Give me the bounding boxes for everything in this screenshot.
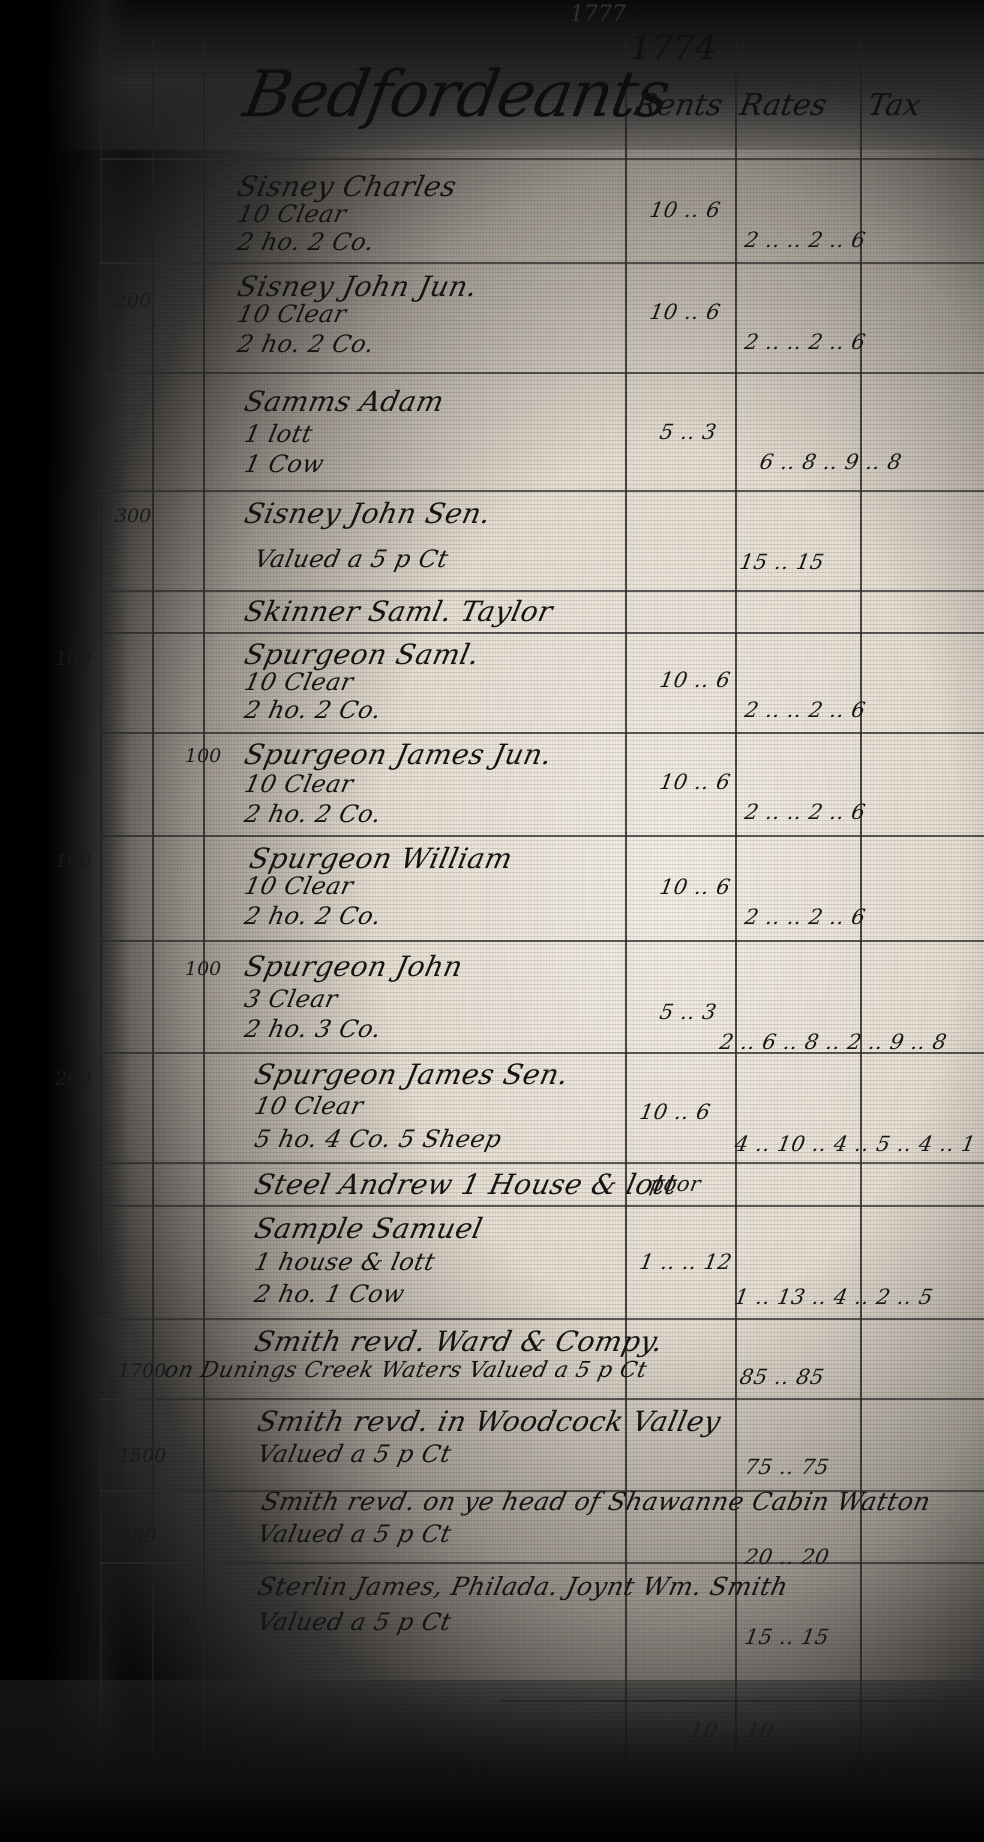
row-name: Steel Andrew 1 House & lott bbox=[251, 1168, 680, 1201]
row-rule bbox=[100, 1318, 984, 1320]
row-amount: 10 .. 6 bbox=[658, 668, 733, 692]
row-line: 1 house & lott bbox=[252, 1248, 438, 1276]
row-rule bbox=[100, 372, 984, 374]
row-line: 2 ho. 3 Co. bbox=[242, 1015, 384, 1043]
row-acres: 300 bbox=[115, 505, 151, 527]
row-amount: poor bbox=[648, 1172, 703, 1196]
row-acres: 400 bbox=[120, 1525, 156, 1547]
header-rule bbox=[100, 158, 984, 160]
row-line: 10 Clear bbox=[242, 668, 356, 696]
row-amount: 10 .. 6 bbox=[658, 770, 733, 794]
row-acres: 200 bbox=[115, 290, 151, 312]
row-line: Valued a 5 p Ct bbox=[255, 1440, 454, 1468]
row-acres: 1700 bbox=[118, 1360, 166, 1382]
row-amount: 4 .. 10 .. 4 .. 5 .. 4 .. 1 bbox=[733, 1132, 978, 1156]
row-amount: 15 .. 15 bbox=[738, 550, 826, 574]
column-header-tax: Tax bbox=[865, 88, 924, 123]
row-rule bbox=[100, 1398, 984, 1400]
row-line: 10 Clear bbox=[235, 200, 349, 228]
row-name: Smith revd. in Woodcock Valley bbox=[254, 1405, 724, 1438]
row-amount: 85 .. 85 bbox=[738, 1365, 826, 1389]
row-rule bbox=[100, 1162, 984, 1164]
scan-shadow-left bbox=[0, 0, 130, 1842]
row-amount: 5 .. 3 bbox=[658, 420, 719, 444]
row-amount: 2 .. .. 2 .. 6 bbox=[743, 698, 868, 722]
row-acres: 200 bbox=[115, 183, 151, 205]
row-amount: 75 .. 75 bbox=[743, 1455, 831, 1479]
row-amount: 10 .. 6 bbox=[638, 1100, 713, 1124]
row-rule bbox=[100, 835, 984, 837]
row-name: Spurgeon John bbox=[241, 950, 465, 983]
row-rule bbox=[100, 940, 984, 942]
row-line: 10 Clear bbox=[242, 770, 356, 798]
row-line: Valued a 5 p Ct bbox=[255, 1608, 454, 1636]
row-rule bbox=[100, 490, 984, 492]
row-amount: 15 .. 15 bbox=[743, 1625, 831, 1649]
row-amount: 2 .. .. 2 .. 6 bbox=[743, 228, 868, 252]
ledger-page: 1777 1774 Bedfordeants Rents Rates Tax 2… bbox=[0, 0, 984, 1842]
row-name: Sample Samuel bbox=[251, 1212, 485, 1245]
row-rule bbox=[100, 1205, 984, 1207]
row-name: Sisney John Jun. bbox=[234, 270, 480, 303]
row-acres: 200 bbox=[55, 1068, 91, 1090]
row-rule bbox=[100, 590, 984, 592]
row-amount: 1 .. .. 12 bbox=[638, 1250, 734, 1274]
row-line: 2 ho. 2 Co. bbox=[242, 696, 384, 724]
row-line: 2 ho. 2 Co. bbox=[235, 330, 377, 358]
row-acres: 100 bbox=[55, 850, 91, 872]
row-acres: 100 bbox=[185, 958, 221, 980]
row-acres: 100 bbox=[55, 648, 91, 670]
row-amount: 2 .. .. 2 .. 6 bbox=[743, 800, 868, 824]
row-amount: 20 .. 20 bbox=[743, 1545, 831, 1569]
row-name: Spurgeon Saml. bbox=[241, 638, 482, 671]
row-line: Valued a 5 p Ct bbox=[255, 1520, 454, 1548]
rule-rents bbox=[625, 40, 627, 1800]
row-name: Samms Adam bbox=[241, 385, 447, 418]
row-name: Spurgeon James Jun. bbox=[241, 738, 555, 771]
page-mark-top: 1777 bbox=[570, 2, 626, 27]
row-acres: 1500 bbox=[118, 1445, 166, 1467]
rule-rates bbox=[735, 40, 737, 1800]
row-line: 2 ho. 2 Co. bbox=[242, 902, 384, 930]
column-header-rents: Rents bbox=[632, 88, 725, 123]
row-line: 10 Clear bbox=[242, 872, 356, 900]
row-line: 1 Cow bbox=[242, 450, 327, 478]
row-amount: 2 .. 6 .. 8 .. 2 .. 9 .. 8 bbox=[718, 1030, 949, 1054]
row-acres: 300 bbox=[160, 1612, 196, 1634]
row-line: 10 Clear bbox=[235, 300, 349, 328]
scan-shadow-bottom bbox=[0, 1680, 984, 1842]
row-name: Sterlin James, Philada. Joynt Wm. Smith bbox=[255, 1572, 791, 1601]
row-line: 3 Clear bbox=[242, 985, 340, 1013]
row-name: Smith revd. Ward & Compy. bbox=[251, 1325, 666, 1358]
column-header-rates: Rates bbox=[737, 88, 830, 123]
row-acres: 100 bbox=[185, 745, 221, 767]
row-rule bbox=[100, 262, 984, 264]
row-line: 2 ho. 1 Cow bbox=[252, 1280, 407, 1308]
row-line: on Dunings Creek Waters Valued a 5 p Ct bbox=[162, 1358, 649, 1383]
row-amount: 6 .. 8 .. 9 .. 8 bbox=[758, 450, 904, 474]
row-line: 10 Clear bbox=[252, 1092, 366, 1120]
row-rule bbox=[100, 732, 984, 734]
row-amount: 2 .. .. 2 .. 6 bbox=[743, 330, 868, 354]
row-name: Sisney Charles bbox=[234, 170, 459, 203]
row-name: Spurgeon James Sen. bbox=[251, 1058, 571, 1091]
row-rule bbox=[100, 632, 984, 634]
row-amount: 2 .. .. 2 .. 6 bbox=[743, 905, 868, 929]
row-amount: 10 .. 6 bbox=[648, 198, 723, 222]
row-line: Valued a 5 p Ct bbox=[252, 545, 451, 573]
row-name: Smith revd. on ye head of Shawanne Cabin… bbox=[259, 1487, 933, 1516]
section-title: Bedfordeants bbox=[238, 58, 675, 132]
row-amount: 10 .. 6 bbox=[658, 875, 733, 899]
row-line: 1 lott bbox=[242, 420, 315, 448]
row-name: Spurgeon William bbox=[246, 842, 515, 875]
rule-margin bbox=[100, 40, 102, 1800]
row-amount: 5 .. 3 bbox=[658, 1000, 719, 1024]
row-rule bbox=[100, 1052, 984, 1054]
row-name: Sisney John Sen. bbox=[241, 497, 494, 530]
row-line: 2 ho. 2 Co. bbox=[242, 800, 384, 828]
row-line: 5 ho. 4 Co. 5 Sheep bbox=[252, 1125, 504, 1153]
row-rule bbox=[100, 1562, 984, 1564]
row-line: 2 ho. 2 Co. bbox=[235, 228, 377, 256]
row-amount: 10 .. 6 bbox=[648, 300, 723, 324]
row-amount: 1 .. 13 .. 4 .. 2 .. 5 bbox=[733, 1285, 935, 1309]
rule-name bbox=[203, 40, 205, 1800]
row-name: Skinner Saml. Taylor bbox=[241, 595, 555, 628]
